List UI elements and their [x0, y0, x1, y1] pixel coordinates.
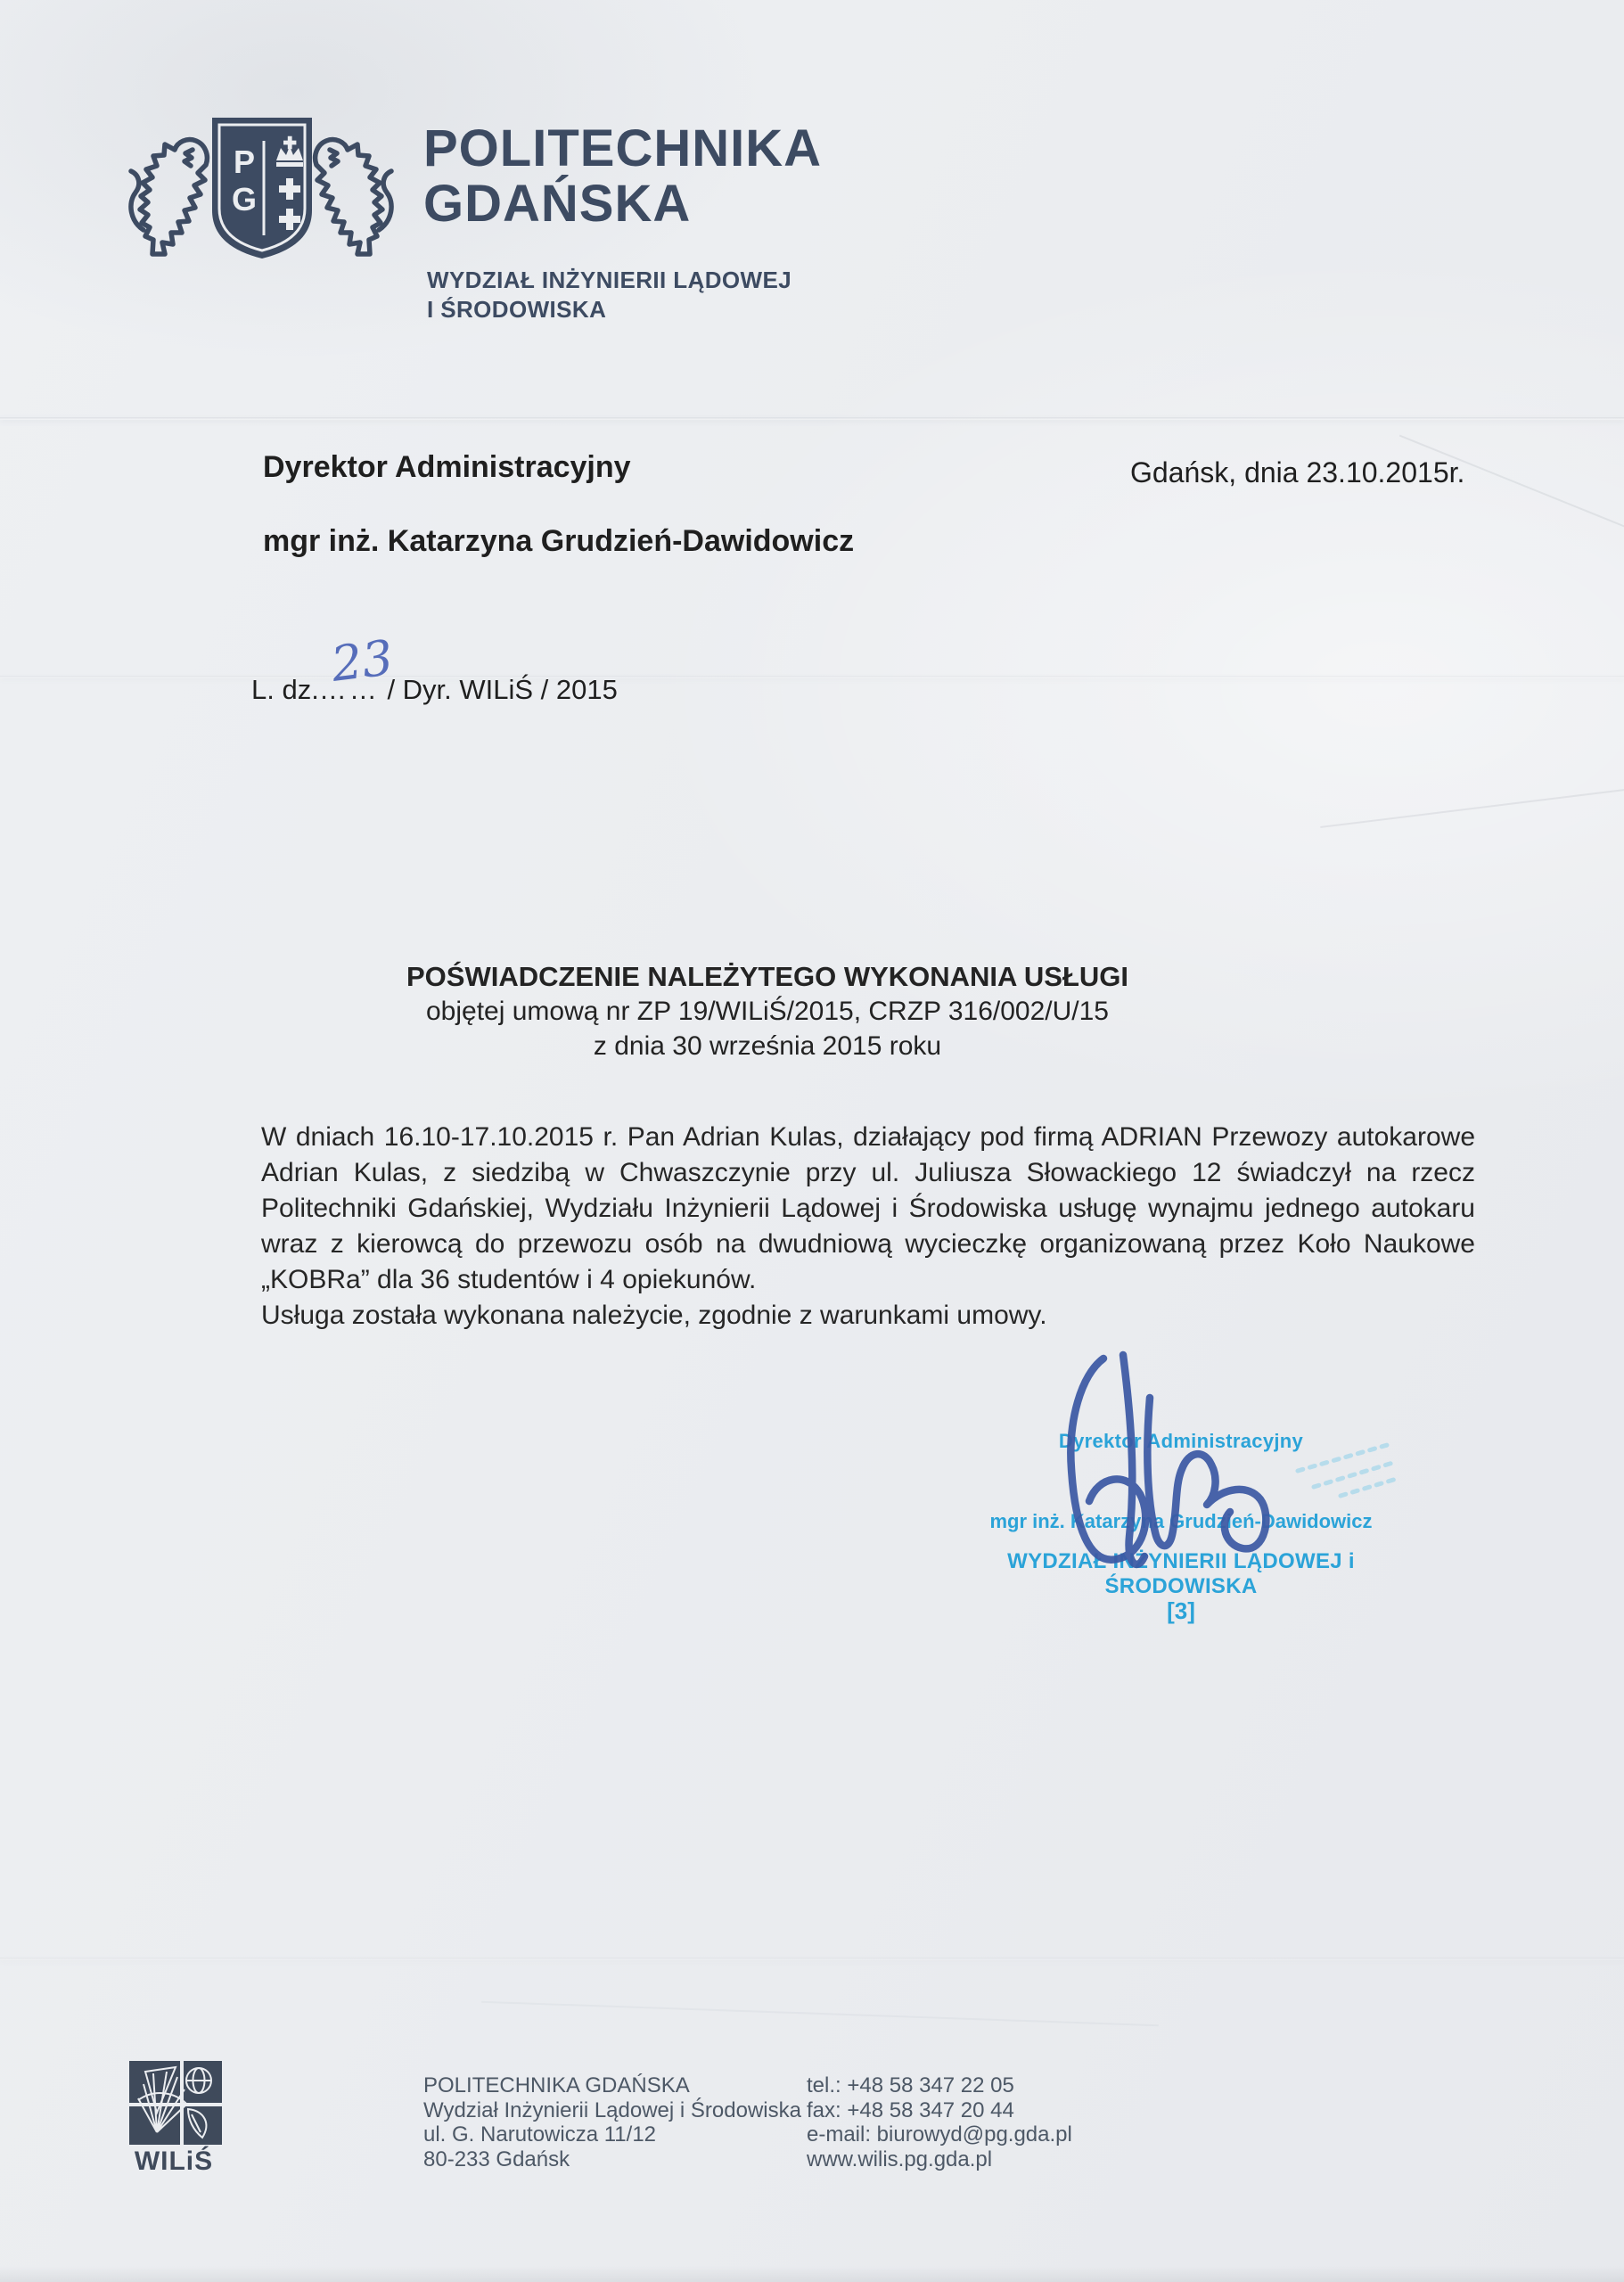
crest-letter-p: P: [234, 144, 255, 180]
faculty-name-line2: I ŚRODOWISKA: [427, 295, 791, 324]
footer-address-line: ul. G. Narutowicza 11/12: [423, 2122, 801, 2147]
paper-crease: [1320, 787, 1624, 828]
crest-lion-left-icon: [131, 140, 207, 254]
footer-contact-line: www.wilis.pg.gda.pl: [807, 2147, 1072, 2172]
footer-contact-line: e-mail: biurowyd@pg.gda.pl: [807, 2122, 1072, 2147]
faculty-name-line1: WYDZIAŁ INŻYNIERII LĄDOWEJ: [427, 266, 791, 295]
sender-title: Dyrektor Administracyjny: [263, 450, 854, 485]
document-title-line2: objętej umową nr ZP 19/WILiŚ/2015, CRZP …: [268, 994, 1267, 1029]
paper-crease: [0, 676, 1624, 678]
sender-name: mgr inż. Katarzyna Grudzień-Dawidowicz: [263, 524, 854, 559]
university-name-line2: GDAŃSKA: [423, 176, 822, 232]
paper-crease: [0, 1958, 1624, 1960]
crest-letter-g: G: [232, 181, 257, 218]
wilis-logo-label: WILiŚ: [126, 2147, 222, 2177]
footer-address-line: 80-233 Gdańsk: [423, 2147, 801, 2172]
footer-contact: tel.: +48 58 347 22 05 fax: +48 58 347 2…: [807, 2073, 1072, 2171]
paper-crease: [481, 2001, 1159, 2027]
document-title-line1: POŚWIADCZENIE NALEŻYTEGO WYKONANIA USŁUG…: [268, 959, 1267, 994]
reference-prefix: L. dz.: [251, 674, 319, 705]
reference-suffix: / Dyr. WILiŚ / 2015: [380, 674, 618, 705]
footer-contact-line: fax: +48 58 347 20 44: [807, 2098, 1072, 2123]
handwritten-number: 23: [328, 629, 396, 693]
signature-icon: [1034, 1342, 1328, 1605]
university-crest: P G: [123, 114, 399, 272]
footer-address: POLITECHNIKA GDAŃSKA Wydział Inżynierii …: [423, 2073, 801, 2171]
university-name-line1: POLITECHNIKA: [423, 121, 822, 176]
faculty-name: WYDZIAŁ INŻYNIERII LĄDOWEJ I ŚRODOWISKA: [427, 266, 791, 324]
university-name: POLITECHNIKA GDAŃSKA: [423, 121, 822, 232]
sender-block: Dyrektor Administracyjny mgr inż. Katarz…: [263, 450, 854, 559]
closing-line: Usługa została wykonana należycie, zgodn…: [261, 1298, 1475, 1334]
crest-lion-right-icon: [316, 140, 391, 254]
crest-graphic-icon: P G: [123, 114, 399, 267]
letter-body: W dniach 16.10-17.10.2015 r. Pan Adrian …: [261, 1120, 1475, 1334]
reference-line: L. dz.…… / Dyr. WILiŚ / 2015: [251, 674, 618, 706]
body-paragraph: W dniach 16.10-17.10.2015 r. Pan Adrian …: [261, 1120, 1475, 1298]
footer-address-line: POLITECHNIKA GDAŃSKA: [423, 2073, 801, 2098]
document-title: POŚWIADCZENIE NALEŻYTEGO WYKONANIA USŁUG…: [268, 959, 1267, 1063]
paper-crease: [0, 417, 1624, 420]
wilis-logo-icon: [129, 2061, 222, 2149]
scanned-letter-page: P G POLITECHNIKA GDAŃSKA WYDZIAŁ INŻYNIE…: [0, 0, 1624, 2282]
dateline: Gdańsk, dnia 23.10.2015r.: [1130, 456, 1464, 489]
footer-address-line: Wydział Inżynierii Lądowej i Środowiska: [423, 2098, 801, 2123]
crest-shield-icon: P G: [212, 118, 312, 259]
document-title-line3: z dnia 30 września 2015 roku: [268, 1029, 1267, 1063]
footer-contact-line: tel.: +48 58 347 22 05: [807, 2073, 1072, 2098]
